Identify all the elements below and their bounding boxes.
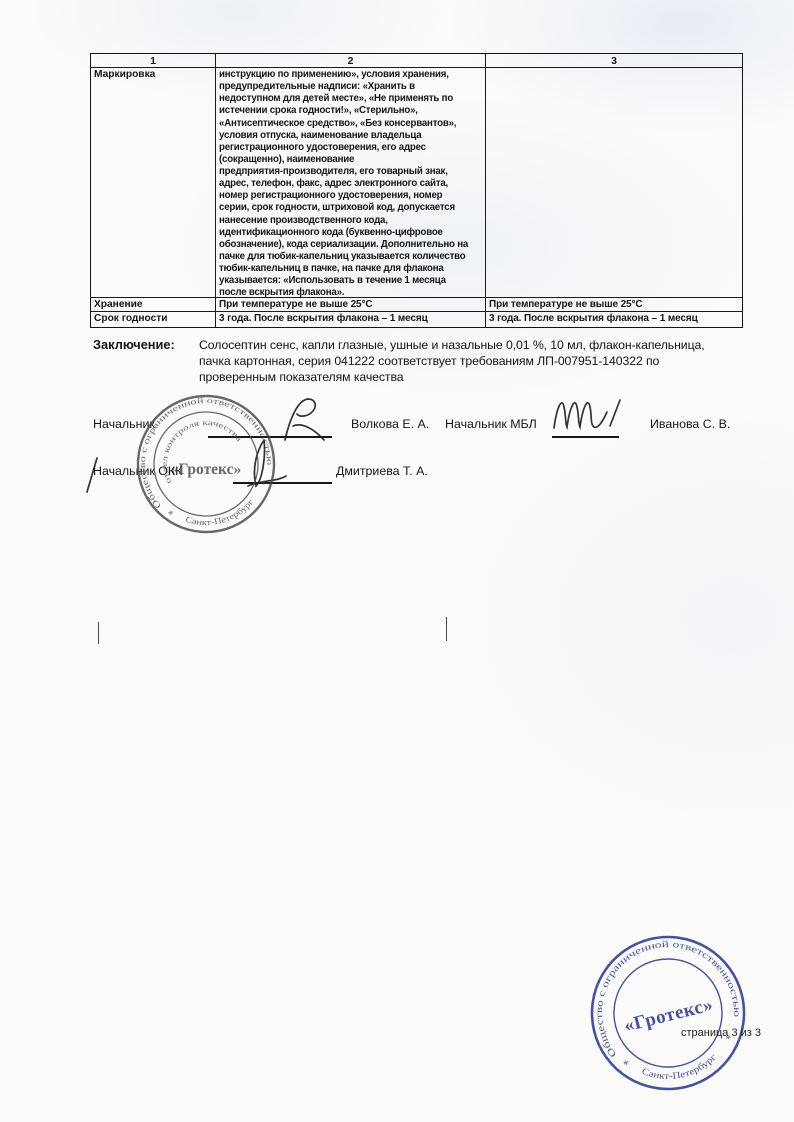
table-row-shelf-life: Срок годности 3 года. После вскрытия фла… bbox=[91, 312, 742, 327]
blue-stamp-city-text: Санкт-Петербург bbox=[638, 1049, 722, 1090]
shelf-life-label: Срок годности bbox=[91, 312, 216, 327]
conclusion-text: Солосептин сенс, капли глазные, ушные и … bbox=[199, 337, 761, 385]
signature2-ink bbox=[550, 394, 628, 440]
blue-stamp-star-left: * bbox=[622, 1057, 631, 1072]
shelf-life-requirement: 3 года. После вскрытия флакона – 1 месяц bbox=[216, 312, 486, 327]
document-page: 1 2 3 Маркировка инструкцию по применени… bbox=[0, 0, 794, 1122]
svg-text:Санкт-Петербург: Санкт-Петербург bbox=[638, 1049, 722, 1090]
conclusion-label: Заключение: bbox=[93, 337, 175, 352]
svg-text:Общество с ограниченной ответс: Общество с ограниченной ответственностью bbox=[583, 928, 746, 1060]
signer2-title: Начальник МБЛ bbox=[445, 417, 537, 431]
marking-requirements-text: инструкцию по применению», условия хране… bbox=[216, 68, 486, 298]
signer2-name: Иванова С. В. bbox=[650, 417, 730, 431]
svg-text:Общество с ограниченной ответс: Общество с ограниченной ответственностью bbox=[131, 389, 280, 512]
scan-mark-left bbox=[98, 622, 99, 644]
page-number-note: страница 3 из 3 bbox=[681, 1027, 761, 1039]
storage-requirement: При температуре не выше 25°С bbox=[216, 298, 486, 312]
storage-result: При температуре не выше 25°С bbox=[486, 298, 742, 312]
table-row-storage: Хранение При температуре не выше 25°С Пр… bbox=[91, 298, 742, 312]
shelf-life-result: 3 года. После вскрытия флакона – 1 месяц bbox=[486, 312, 742, 327]
quality-table: 1 2 3 Маркировка инструкцию по применени… bbox=[90, 53, 743, 328]
storage-label: Хранение bbox=[91, 298, 216, 312]
table-row-marking: Маркировка инструкцию по применению», ус… bbox=[91, 68, 742, 298]
blue-stamp-org-text: Общество с ограниченной ответственностью bbox=[583, 928, 746, 1060]
signer1-name: Волкова Е. А. bbox=[351, 417, 429, 431]
column-header-3: 3 bbox=[486, 54, 742, 68]
qc-stamp-star-right: * bbox=[259, 478, 268, 491]
signature3-flourish bbox=[84, 454, 100, 494]
signer3-name: Дмитриева Т. А. bbox=[336, 464, 428, 478]
table-header-row: 1 2 3 bbox=[91, 54, 742, 68]
qc-round-stamp: Общество с ограниченной ответственностью… bbox=[131, 389, 281, 539]
marking-result-cell bbox=[486, 68, 742, 298]
marking-label: Маркировка bbox=[91, 68, 216, 298]
qc-stamp-center-text: «Гротекс» bbox=[171, 461, 241, 478]
scan-mark-center bbox=[446, 617, 447, 641]
column-header-2: 2 bbox=[216, 54, 486, 68]
qc-stamp-org-text: Общество с ограниченной ответственностью bbox=[131, 389, 280, 512]
company-round-stamp: Общество с ограниченной ответственностью… bbox=[583, 928, 753, 1098]
column-header-1: 1 bbox=[91, 54, 216, 68]
